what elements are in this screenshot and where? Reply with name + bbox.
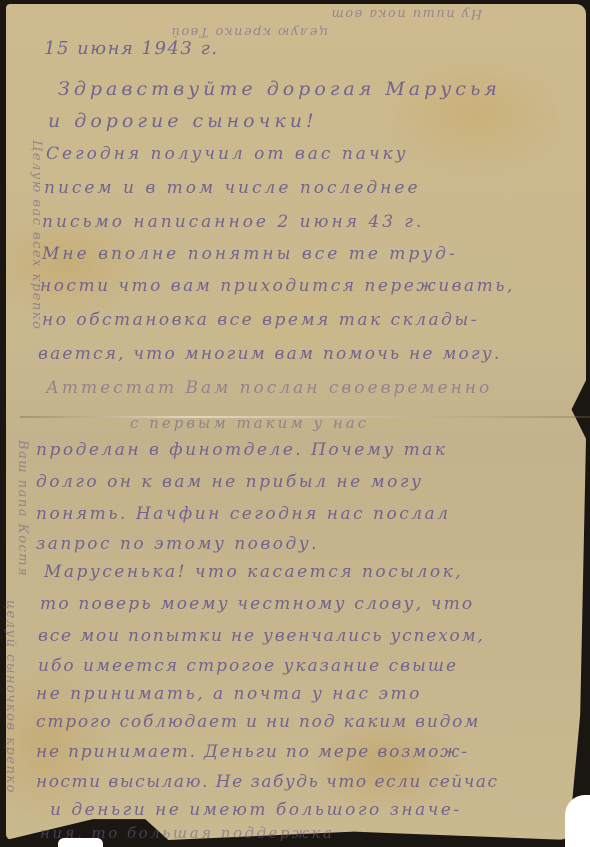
body-line: Сегодня получил от вас пачку [46, 144, 409, 164]
body-line: писем и в том числе последнее [44, 178, 421, 198]
body-line: запрос по этому поводу. [36, 534, 319, 554]
body-line: ибо имеется строгое указание свыше [38, 656, 458, 676]
body-line: проделан в финотделе. Почему так [36, 440, 448, 460]
body-line: не принимает. Деньги по мере возмож- [36, 742, 469, 762]
torn-edge [565, 795, 590, 847]
body-line: письмо написанное 2 июня 43 г. [42, 212, 424, 232]
body-line: не принимать, а почта у нас это [36, 684, 422, 704]
top-note-line-1: Ну пиши пока вот [330, 6, 482, 21]
greeting-line-2: и дорогие сыночки! [48, 110, 318, 132]
body-line: ности высылаю. Не забудь что если сейчас [36, 772, 499, 792]
top-note-line-2: целую крепко Твой [170, 24, 328, 39]
body-line: ности что вам приходится переживать, [40, 276, 515, 296]
body-line: и деньги не имеют большого значе- [50, 800, 462, 820]
body-line: Мне вполне понятны все те труд- [42, 244, 458, 264]
body-line: понять. Начфин сегодня нас послал [36, 504, 451, 524]
body-line: долго он к вам не прибыл не могу [36, 472, 423, 492]
margin-note-vertical: целуй сыночков крепко [3, 600, 18, 794]
body-line: Марусенька! что касается посылок, [44, 562, 463, 582]
body-line: но обстановка все время так склады- [42, 310, 479, 330]
body-line: вается, что многим вам помочь не могу. [38, 344, 501, 364]
body-line: то поверь моему честному слову, что [40, 594, 474, 614]
torn-edge [58, 838, 103, 847]
body-line: Аттестат Вам послан своевременно [46, 378, 492, 398]
body-line: строго соблюдает и ни под каким видом [36, 712, 480, 732]
letter-date: 15 июня 1943 г. [44, 38, 218, 59]
body-line: с первым таким у нас [130, 414, 369, 432]
margin-note-vertical: Целую вас всех крепко [29, 140, 44, 330]
body-line: все мои попытки не увенчались успехом, [38, 626, 485, 646]
margin-note-vertical: Ваш папа Костя [15, 440, 30, 577]
greeting-line-1: Здравствуйте дорогая Марусья [58, 78, 501, 100]
